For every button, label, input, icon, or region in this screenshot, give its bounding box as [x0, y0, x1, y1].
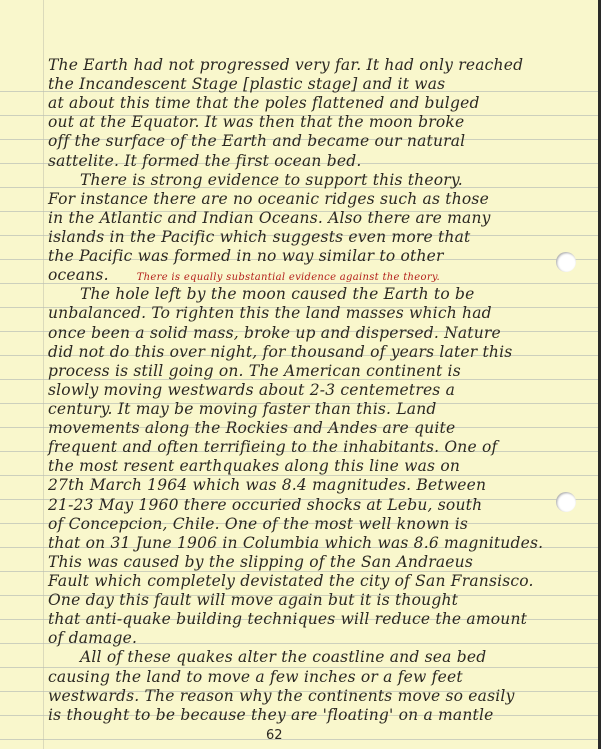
- line-text: is thought to be because they are 'float…: [48, 706, 494, 724]
- text-line: frequent and often terrifieing to the in…: [48, 438, 600, 457]
- line-text: off the surface of the Earth and became …: [48, 132, 465, 150]
- text-line: slowly moving westwards about 2-3 centem…: [48, 381, 600, 400]
- text-line: that on 31 June 1906 in Columbia which w…: [48, 534, 600, 553]
- red-annotation: There is equally substantial evidence ag…: [137, 272, 440, 283]
- text-line: 21-23 May 1960 there occuried shocks at …: [48, 496, 600, 515]
- text-line: One day this fault will move again but i…: [48, 591, 600, 610]
- text-line: unbalanced. To righten this the land mas…: [48, 304, 600, 323]
- text-line: All of these quakes alter the coastline …: [48, 648, 600, 667]
- line-text: at about this time that the poles flatte…: [48, 94, 480, 112]
- line-text: 21-23 May 1960 there occuried shocks at …: [48, 496, 482, 514]
- line-text: slowly moving westwards about 2-3 centem…: [48, 381, 455, 399]
- line-text: unbalanced. To righten this the land mas…: [48, 304, 492, 322]
- page-number: 62: [266, 728, 283, 743]
- text-line: out at the Equator. It was then that the…: [48, 113, 600, 132]
- text-line: the most resent earthquakes along this l…: [48, 457, 600, 476]
- text-line: is thought to be because they are 'float…: [48, 706, 600, 725]
- line-text: All of these quakes alter the coastline …: [80, 648, 486, 666]
- line-text: 27th March 1964 which was 8.4 magnitudes…: [48, 476, 486, 494]
- text-line: islands in the Pacific which suggests ev…: [48, 228, 600, 247]
- line-text: once been a solid mass, broke up and dis…: [48, 324, 501, 342]
- line-text: causing the land to move a few inches or…: [48, 668, 463, 686]
- line-text: Fault which completely devistated the ci…: [48, 572, 534, 590]
- text-line: of Concepcion, Chile. One of the most we…: [48, 515, 600, 534]
- text-line: at about this time that the poles flatte…: [48, 94, 600, 113]
- handwritten-text: The Earth had not progressed very far. I…: [48, 56, 600, 725]
- text-line: the Pacific was formed in no way similar…: [48, 247, 600, 266]
- text-line: oceans.There is equally substantial evid…: [48, 266, 600, 285]
- line-text: century. It may be moving faster than th…: [48, 400, 437, 418]
- line-text: frequent and often terrifieing to the in…: [48, 438, 497, 456]
- line-text: the Incandescent Stage [plastic stage] a…: [48, 75, 445, 93]
- text-line: did not do this over night, for thousand…: [48, 343, 600, 362]
- text-line: 27th March 1964 which was 8.4 magnitudes…: [48, 476, 600, 495]
- text-line: The Earth had not progressed very far. I…: [48, 56, 600, 75]
- line-text: that anti-quake building techniques will…: [48, 610, 527, 628]
- line-text: sattelite. It formed the first ocean bed…: [48, 152, 361, 170]
- text-line: movements along the Rockies and Andes ar…: [48, 419, 600, 438]
- line-text: islands in the Pacific which suggests ev…: [48, 228, 470, 246]
- line-text: westwards. The reason why the continents…: [48, 687, 515, 705]
- text-line: of damage.: [48, 629, 600, 648]
- line-text: For instance there are no oceanic ridges…: [48, 190, 489, 208]
- line-text: the most resent earthquakes along this l…: [48, 457, 460, 475]
- line-text: out at the Equator. It was then that the…: [48, 113, 464, 131]
- text-line: sattelite. It formed the first ocean bed…: [48, 152, 600, 171]
- line-text: the Pacific was formed in no way similar…: [48, 247, 444, 265]
- line-text: There is strong evidence to support this…: [80, 171, 463, 189]
- margin-line: [43, 0, 44, 749]
- text-line: century. It may be moving faster than th…: [48, 400, 600, 419]
- text-line: For instance there are no oceanic ridges…: [48, 190, 600, 209]
- notebook-page: The Earth had not progressed very far. I…: [0, 0, 601, 749]
- text-line: Fault which completely devistated the ci…: [48, 572, 600, 591]
- line-text: This was caused by the slipping of the S…: [48, 553, 473, 571]
- text-line: in the Atlantic and Indian Oceans. Also …: [48, 209, 600, 228]
- text-line: off the surface of the Earth and became …: [48, 132, 600, 151]
- line-text: The hole left by the moon caused the Ear…: [80, 285, 474, 303]
- line-text: of Concepcion, Chile. One of the most we…: [48, 515, 468, 533]
- line-text: of damage.: [48, 629, 137, 647]
- line-text: in the Atlantic and Indian Oceans. Also …: [48, 209, 491, 227]
- line-text: did not do this over night, for thousand…: [48, 343, 512, 361]
- text-line: westwards. The reason why the continents…: [48, 687, 600, 706]
- text-line: the Incandescent Stage [plastic stage] a…: [48, 75, 600, 94]
- text-line: that anti-quake building techniques will…: [48, 610, 600, 629]
- text-line: There is strong evidence to support this…: [48, 171, 600, 190]
- line-text: oceans.: [48, 266, 109, 284]
- text-line: process is still going on. The American …: [48, 362, 600, 381]
- text-line: causing the land to move a few inches or…: [48, 668, 600, 687]
- line-text: process is still going on. The American …: [48, 362, 461, 380]
- line-text: movements along the Rockies and Andes ar…: [48, 419, 455, 437]
- text-line: once been a solid mass, broke up and dis…: [48, 324, 600, 343]
- text-line: This was caused by the slipping of the S…: [48, 553, 600, 572]
- line-text: The Earth had not progressed very far. I…: [48, 56, 523, 74]
- line-text: One day this fault will move again but i…: [48, 591, 458, 609]
- line-text: that on 31 June 1906 in Columbia which w…: [48, 534, 543, 552]
- text-line: The hole left by the moon caused the Ear…: [48, 285, 600, 304]
